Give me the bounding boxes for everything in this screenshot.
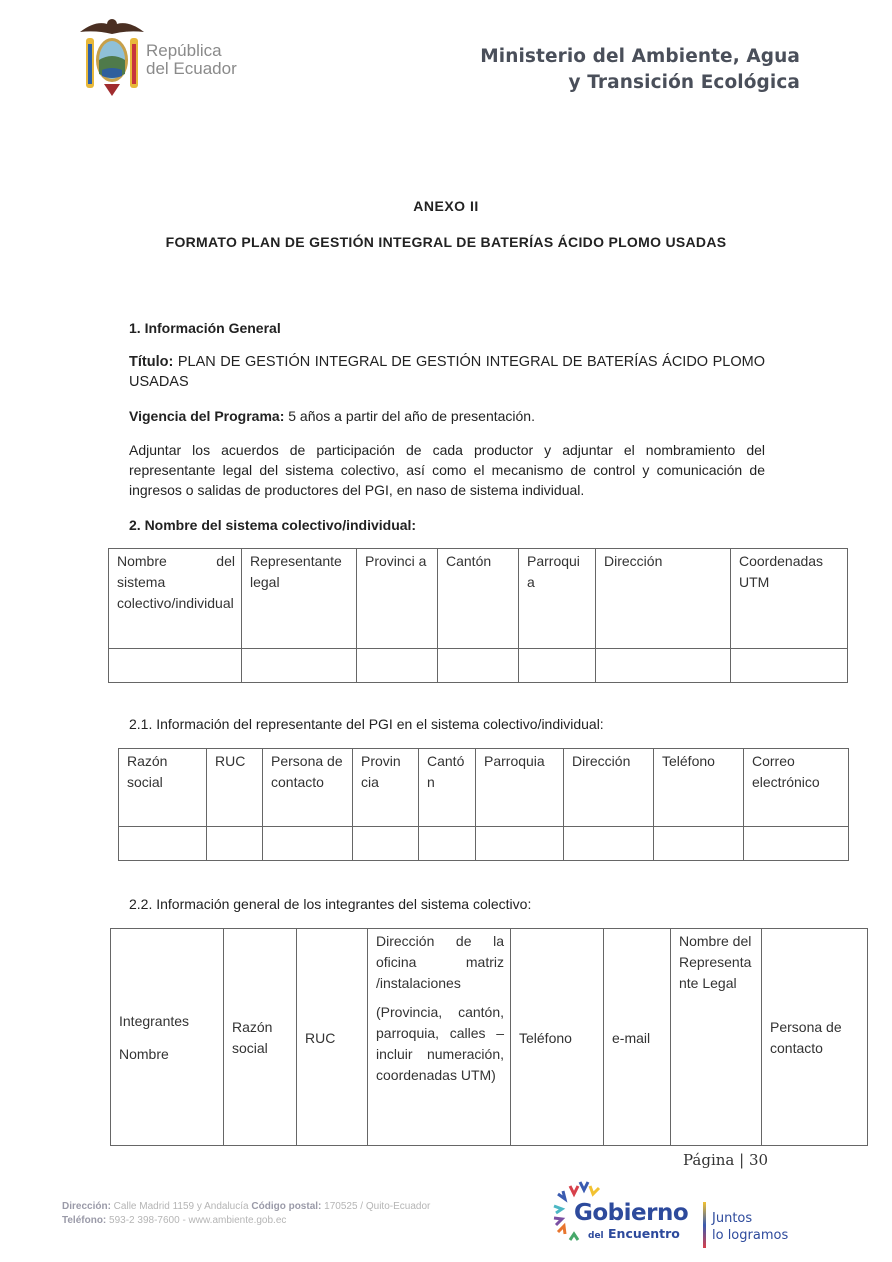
header-cell-representante: Nombre del Representa nte Legal xyxy=(671,929,762,1146)
del-ecuador-text: del Ecuador xyxy=(146,60,237,78)
table-cell[interactable] xyxy=(119,827,207,861)
table-cell[interactable] xyxy=(744,827,849,861)
document-title: FORMATO PLAN DE GESTIÓN INTEGRAL DE BATE… xyxy=(120,232,772,252)
table-cell[interactable] xyxy=(596,649,731,683)
ministry-logo-text: Ministerio del Ambiente, Agua y Transici… xyxy=(480,44,800,96)
header-cell: Parroquia xyxy=(476,749,564,827)
header-cell-ruc: RUC xyxy=(297,929,368,1146)
header-cell: Coordenadas UTM xyxy=(731,549,848,649)
logo-divider xyxy=(703,1202,706,1248)
header-cell: Parroqui a xyxy=(519,549,596,649)
table-cell[interactable] xyxy=(109,649,242,683)
header-cell: Provinci a xyxy=(357,549,438,649)
sistema-table: Nombre del sistema colectivo/individual … xyxy=(108,548,848,683)
annex-heading: ANEXO II xyxy=(0,198,892,214)
table-cell[interactable] xyxy=(519,649,596,683)
slogan-text: Juntos lo logramos xyxy=(712,1210,788,1244)
page-number: Página | 30 xyxy=(683,1151,768,1169)
table-cell[interactable] xyxy=(476,827,564,861)
header-cell: Persona de contacto xyxy=(263,749,353,827)
header-cell-contacto: Persona de contacto xyxy=(762,929,868,1146)
table-cell[interactable] xyxy=(207,827,263,861)
header-cell: Correo electrónico xyxy=(744,749,849,827)
integrantes-table: Integrantes Nombre Razón social RUC Dire… xyxy=(110,928,868,1146)
table-header-row: Nombre del sistema colectivo/individual … xyxy=(109,549,848,649)
header-cell-email: e-mail xyxy=(604,929,671,1146)
ministry-line2: y Transición Ecológica xyxy=(480,70,800,96)
header-cell: Razón social xyxy=(119,749,207,827)
attachment-paragraph: Adjuntar los acuerdos de participación d… xyxy=(129,440,765,500)
table-cell[interactable] xyxy=(731,649,848,683)
header-cell: Cantón xyxy=(438,549,519,649)
header-cell: Representante legal xyxy=(242,549,357,649)
section1-heading: 1. Información General xyxy=(129,320,281,336)
header-cell-razon-social: Razón social xyxy=(224,929,297,1146)
gobierno-encuentro-logo: Gobierno del Encuentro Juntos lo logramo… xyxy=(552,1180,802,1246)
republica-text: República xyxy=(146,42,237,60)
gobierno-text: Gobierno xyxy=(574,1200,688,1226)
table-row xyxy=(119,827,849,861)
header-cell: Nombre del sistema colectivo/individual xyxy=(109,549,242,649)
table-cell[interactable] xyxy=(654,827,744,861)
table-cell[interactable] xyxy=(564,827,654,861)
header-cell: Cantó n xyxy=(419,749,476,827)
table-cell[interactable] xyxy=(438,649,519,683)
footer-address: Dirección: Calle Madrid 1159 y Andalucía… xyxy=(62,1200,430,1228)
header-cell: Provin cia xyxy=(353,749,419,827)
republica-ecuador-logo: República del Ecuador xyxy=(78,14,238,98)
section2-2-heading: 2.2. Información general de los integran… xyxy=(129,896,531,912)
titulo-label: Título: xyxy=(129,354,173,370)
table-cell[interactable] xyxy=(242,649,357,683)
section2-1-heading: 2.1. Información del representante del P… xyxy=(129,716,604,732)
titulo-paragraph: Título: PLAN DE GESTIÓN INTEGRAL DE GEST… xyxy=(129,352,765,392)
table-cell[interactable] xyxy=(419,827,476,861)
table-row xyxy=(109,649,848,683)
vigencia-label: Vigencia del Programa: xyxy=(129,408,284,424)
header-cell-direccion: Dirección de la oficina matriz /instalac… xyxy=(368,929,511,1146)
vigencia-paragraph: Vigencia del Programa: 5 años a partir d… xyxy=(129,406,765,426)
table-header-row: Razón social RUC Persona de contacto Pro… xyxy=(119,749,849,827)
table-header-row: Integrantes Nombre Razón social RUC Dire… xyxy=(111,929,868,1146)
ministry-line1: Ministerio del Ambiente, Agua xyxy=(480,44,800,70)
titulo-value: PLAN DE GESTIÓN INTEGRAL DE GESTIÓN INTE… xyxy=(129,354,765,390)
header-cell: RUC xyxy=(207,749,263,827)
representante-table: Razón social RUC Persona de contacto Pro… xyxy=(118,748,849,861)
header-cell: Dirección xyxy=(564,749,654,827)
table-cell[interactable] xyxy=(357,649,438,683)
ecuador-coat-of-arms-icon xyxy=(78,14,146,98)
section2-heading: 2. Nombre del sistema colectivo/individu… xyxy=(129,517,416,533)
header-cell: Teléfono xyxy=(654,749,744,827)
del-encuentro-text: del Encuentro xyxy=(588,1226,680,1241)
vigencia-value: 5 años a partir del año de presentación. xyxy=(284,408,535,424)
header-cell-integrantes: Integrantes Nombre xyxy=(111,929,224,1146)
header-cell-telefono: Teléfono xyxy=(511,929,604,1146)
header-cell: Dirección xyxy=(596,549,731,649)
table-cell[interactable] xyxy=(263,827,353,861)
table-cell[interactable] xyxy=(353,827,419,861)
